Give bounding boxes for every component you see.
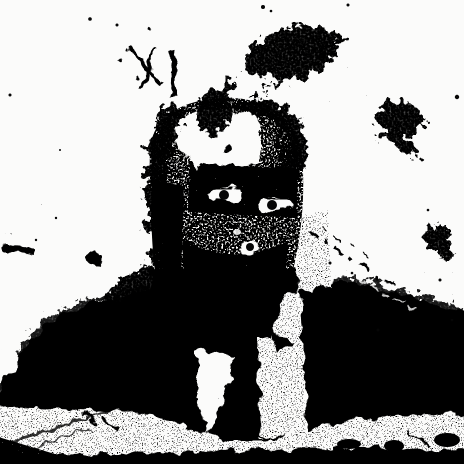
nose-highlight (233, 229, 241, 235)
right-eye-pupil (267, 200, 277, 210)
table-smudge-1 (337, 439, 361, 449)
mouth-ring-center (246, 243, 254, 251)
left-eye-pupil (219, 190, 229, 200)
distressed-portrait-image (0, 0, 464, 464)
ink-dot-core (85, 250, 101, 266)
table-smudge-3 (434, 433, 460, 447)
forehead-ink-dot (224, 145, 231, 152)
face-chin-shadow (196, 296, 282, 336)
artwork-canvas (0, 0, 464, 464)
